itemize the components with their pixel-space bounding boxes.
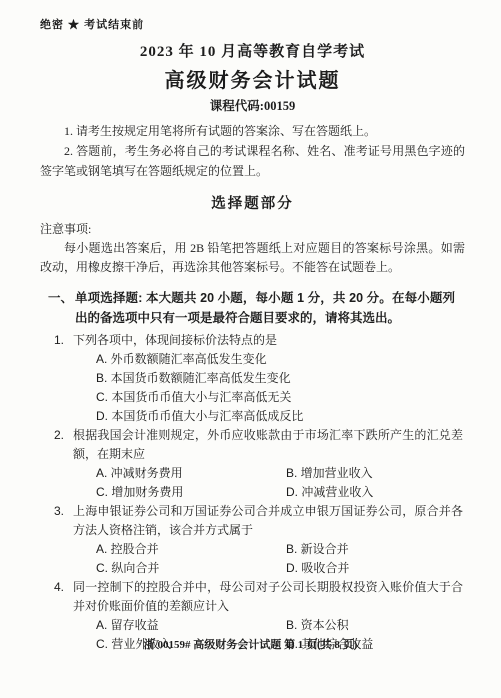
question-stem: 下列各项中，体现间接标价法特点的是 xyxy=(73,331,465,350)
page-title: 高级财务会计试题 xyxy=(40,64,465,93)
part-heading-marker: 一、 xyxy=(48,288,75,328)
notice-text: 每小题选出答案后，用 2B 铅笔把答题纸上对应题目的答案标号涂黑。如需改动，用橡… xyxy=(40,239,465,277)
question-number: 2. xyxy=(54,426,73,502)
option-item: A. 留存收益 xyxy=(96,616,286,635)
question-item: 3. 上海申银证券公司和万国证券公司合并成立申银万国证券公司，原合并各方法人资格… xyxy=(40,502,465,578)
option-item: D. 本国货币币值大小与汇率高低成反比 xyxy=(96,407,465,426)
question-item: 2. 根据我国会计准则规定，外币应收账款由于市场汇率下跌所产生的汇兑差额，在期末… xyxy=(40,426,465,502)
instruction-line: 1. 请考生按规定用笔将所有试题的答案涂、写在答题纸上。 xyxy=(40,121,465,141)
exam-session-title: 2023 年 10 月高等教育自学考试 xyxy=(40,40,465,61)
section-heading: 选择题部分 xyxy=(40,192,465,213)
option-item: C. 本国货币币值大小与汇率高低无关 xyxy=(96,388,465,407)
option-item: A. 控股合并 xyxy=(96,540,286,559)
option-item: B. 资本公积 xyxy=(286,616,465,635)
option-item: B. 增加营业收入 xyxy=(286,464,465,483)
option-item: A. 外币数额随汇率高低发生变化 xyxy=(96,350,465,369)
questions-list: 1. 下列各项中，体现间接标价法特点的是 A. 外币数额随汇率高低发生变化 B.… xyxy=(40,331,465,654)
question-number: 3. xyxy=(54,502,73,578)
instruction-line: 2. 答题前，考生务必将自己的考试课程名称、姓名、准考证号用黑色字迹的签字笔或钢… xyxy=(40,141,465,181)
page-footer: 浙 00159# 高级财务会计试题 第 1 页(共 8 页) xyxy=(0,636,501,652)
question-stem: 同一控制下的控股合并中，母公司对子公司长期股权投资入账价值大于合并对价账面价值的… xyxy=(73,578,465,616)
notice-label: 注意事项: xyxy=(40,220,465,239)
option-item: B. 本国货币数额随汇率高低发生变化 xyxy=(96,369,465,388)
option-item: D. 吸收合并 xyxy=(286,559,465,578)
exam-page: 绝密 ★ 考试结束前 2023 年 10 月高等教育自学考试 高级财务会计试题 … xyxy=(0,0,501,698)
question-item: 1. 下列各项中，体现间接标价法特点的是 A. 外币数额随汇率高低发生变化 B.… xyxy=(40,331,465,426)
part-heading: 一、 单项选择题: 本大题共 20 小题，每小题 1 分，共 20 分。在每小题… xyxy=(40,288,465,328)
options-list: A. 控股合并 B. 新设合并 C. 纵向合并 D. 吸收合并 xyxy=(96,540,465,578)
classification-label: 绝密 ★ 考试结束前 xyxy=(40,16,465,32)
question-stem: 上海申银证券公司和万国证券公司合并成立申银万国证券公司，原合并各方法人资格注销，… xyxy=(73,502,465,540)
option-item: B. 新设合并 xyxy=(286,540,465,559)
option-item: A. 冲减财务费用 xyxy=(96,464,286,483)
option-item: C. 纵向合并 xyxy=(96,559,286,578)
question-stem: 根据我国会计准则规定，外币应收账款由于市场汇率下跌所产生的汇兑差额，在期末应 xyxy=(73,426,465,464)
instructions-list: 1. 请考生按规定用笔将所有试题的答案涂、写在答题纸上。 2. 答题前，考生务必… xyxy=(40,121,465,181)
question-number: 1. xyxy=(54,331,73,426)
option-item: D. 冲减营业收入 xyxy=(286,483,465,502)
options-list: A. 冲减财务费用 B. 增加营业收入 C. 增加财务费用 D. 冲减营业收入 xyxy=(96,464,465,502)
course-code: 课程代码:00159 xyxy=(40,96,465,114)
part-heading-text: 单项选择题: 本大题共 20 小题，每小题 1 分，共 20 分。在每小题列出的… xyxy=(75,288,465,328)
option-item: C. 增加财务费用 xyxy=(96,483,286,502)
options-list: A. 外币数额随汇率高低发生变化 B. 本国货币数额随汇率高低发生变化 C. 本… xyxy=(96,350,465,426)
notice-block: 注意事项: 每小题选出答案后，用 2B 铅笔把答题纸上对应题目的答案标号涂黑。如… xyxy=(40,220,465,277)
